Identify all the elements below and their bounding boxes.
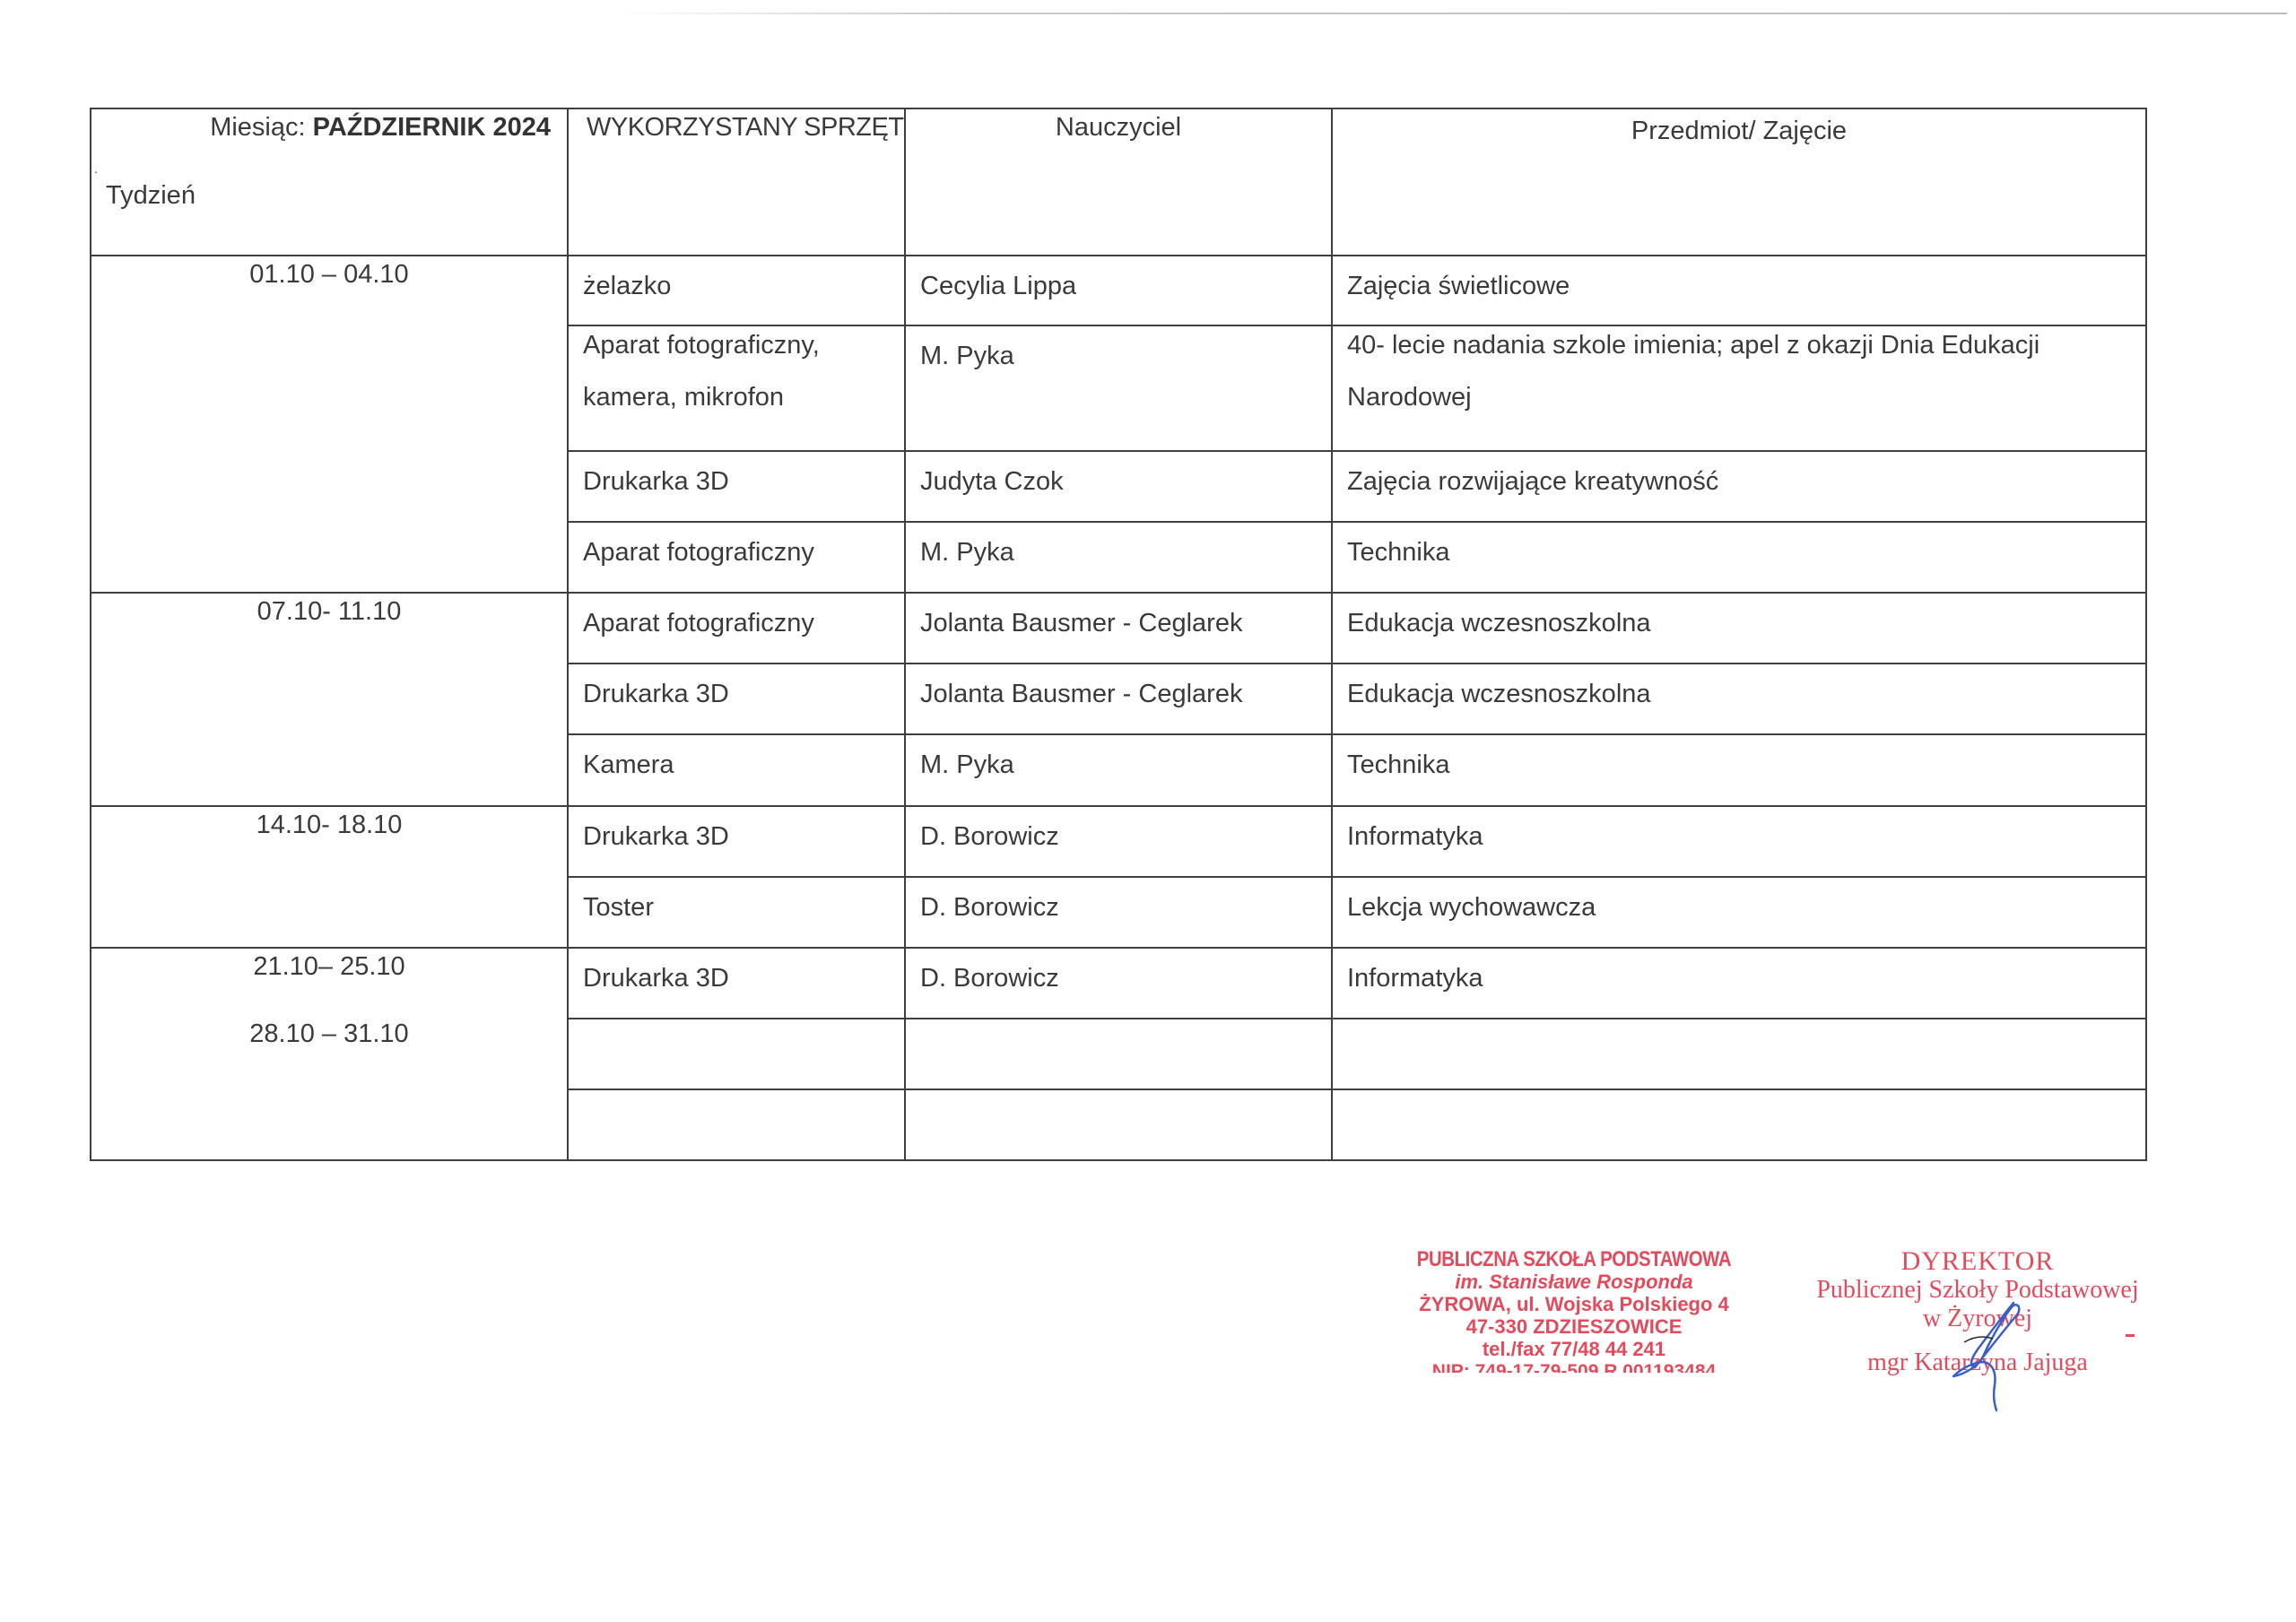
teacher-text: Judyta Czok (920, 468, 1064, 495)
teacher-text: Jolanta Bausmer - Ceglarek (920, 610, 1242, 637)
subject-text: Zajęcia świetlicowe (1347, 273, 1570, 299)
teacher-text: M. Pyka (920, 343, 1014, 369)
teacher-text: Jolanta Bausmer - Ceglarek (920, 681, 1242, 707)
teacher-text: M. Pyka (920, 751, 1014, 778)
subject-text: Technika (1347, 539, 1449, 566)
subject-text: Informatyka (1347, 965, 1483, 992)
equipment-cell: Drukarka 3D (568, 948, 905, 1019)
equipment-usage-table: Miesiąc: PAŹDZIERNIK 2024 . Tydzień WYKO… (90, 108, 2147, 1161)
table-row: 07.10- 11.10 Aparat fotograficzny Jolant… (91, 593, 2146, 664)
equipment-cell: żelazko (568, 256, 905, 325)
week-range-cell: 07.10- 11.10 (91, 593, 568, 806)
subject-column-header: Przedmiot/ Zajęcie (1332, 108, 2146, 256)
equipment-text: Drukarka 3D (583, 823, 729, 850)
equipment-text: kamera, mikrofon (583, 384, 904, 411)
equipment-cell (568, 1089, 905, 1160)
subject-text: Edukacja wczesnoszkolna (1347, 610, 1651, 637)
teacher-cell: Jolanta Bausmer - Ceglarek (905, 664, 1332, 734)
subject-text: Narodowej (1347, 384, 2145, 411)
subject-cell: Zajęcia rozwijające kreatywność (1332, 451, 2146, 522)
teacher-cell: D. Borowicz (905, 806, 1332, 877)
teacher-text: M. Pyka (920, 539, 1014, 566)
week-range-secondary: 28.10 – 31.10 (91, 1019, 567, 1049)
week-range: 21.10– 25.10 (253, 952, 404, 981)
week-range: 07.10- 11.10 (257, 597, 402, 626)
school-stamp-nip: NIP: 749-17-79-509 R.001193484 (1381, 1360, 1767, 1373)
subject-cell (1332, 1019, 2146, 1089)
teacher-cell: M. Pyka (905, 734, 1332, 806)
teacher-cell: M. Pyka (905, 325, 1332, 451)
school-stamp-patron: im. Stanisławe Rosponda (1381, 1271, 1767, 1293)
teacher-text: D. Borowicz (920, 965, 1059, 992)
school-stamp-name: PUBLICZNA SZKOŁA PODSTAWOWA (1410, 1248, 1738, 1271)
director-title: DYREKTOR (1780, 1246, 2175, 1277)
week-range-cell: 14.10- 18.10 (91, 806, 568, 948)
header-week-cell: Miesiąc: PAŹDZIERNIK 2024 . Tydzień (91, 108, 568, 256)
equipment-cell: Aparat fotograficzny (568, 593, 905, 664)
teacher-cell: Jolanta Bausmer - Ceglarek (905, 593, 1332, 664)
table-row: 01.10 – 04.10 żelazko Cecylia Lippa Zaję… (91, 256, 2146, 325)
teacher-text: Cecylia Lippa (920, 273, 1076, 299)
equipment-column-header: WYKORZYSTANY SPRZĘT (568, 108, 905, 256)
subject-cell: Informatyka (1332, 806, 2146, 877)
subject-text: Edukacja wczesnoszkolna (1347, 681, 1651, 707)
month-label: Miesiąc: (210, 113, 305, 142)
week-range: 01.10 – 04.10 (249, 260, 408, 289)
month-value: PAŹDZIERNIK 2024 (313, 113, 551, 142)
teacher-cell: D. Borowicz (905, 948, 1332, 1019)
equipment-text: Aparat fotograficzny (583, 539, 814, 566)
subject-text: 40- lecie nadania szkole imienia; apel z… (1347, 332, 2145, 359)
equipment-text: Aparat fotograficzny (583, 610, 814, 637)
equipment-text: żelazko (583, 273, 671, 299)
subject-cell: Technika (1332, 734, 2146, 806)
month-heading: Miesiąc: PAŹDZIERNIK 2024 (210, 113, 551, 143)
scan-edge-line (619, 13, 2287, 14)
school-stamp-postcode: 47-330 ZDZIESZOWICE (1381, 1315, 1767, 1338)
equipment-cell: Drukarka 3D (568, 806, 905, 877)
subject-cell (1332, 1089, 2146, 1160)
teacher-text: D. Borowicz (920, 823, 1059, 850)
subject-text: Technika (1347, 751, 1449, 778)
equipment-text: Aparat fotograficzny, (583, 332, 904, 359)
table-row: 14.10- 18.10 Drukarka 3D D. Borowicz Inf… (91, 806, 2146, 877)
teacher-cell (905, 1019, 1332, 1089)
school-stamp-phone: tel./fax 77/48 44 241 (1381, 1338, 1767, 1360)
subject-cell: 40- lecie nadania szkole imienia; apel z… (1332, 325, 2146, 451)
subject-cell: Informatyka (1332, 948, 2146, 1019)
equipment-cell: Drukarka 3D (568, 451, 905, 522)
school-stamp-address: ŻYROWA, ul. Wojska Polskiego 4 (1381, 1293, 1767, 1315)
teacher-cell: M. Pyka (905, 522, 1332, 593)
subject-cell: Lekcja wychowawcza (1332, 877, 2146, 948)
signature-icon (1928, 1296, 2054, 1412)
equipment-cell: Aparat fotograficzny (568, 522, 905, 593)
equipment-text: Toster (583, 894, 654, 921)
equipment-text: Drukarka 3D (583, 468, 729, 495)
stray-dot: . (94, 161, 98, 176)
subject-cell: Edukacja wczesnoszkolna (1332, 593, 2146, 664)
subject-text: Zajęcia rozwijające kreatywność (1347, 468, 1718, 495)
equipment-cell: Aparat fotograficzny, kamera, mikrofon (568, 325, 905, 451)
week-range-cell: 21.10– 25.10 28.10 – 31.10 (91, 948, 568, 1160)
subject-text: Lekcja wychowawcza (1347, 894, 1596, 921)
equipment-cell (568, 1019, 905, 1089)
equipment-cell: Drukarka 3D (568, 664, 905, 734)
teacher-cell: Cecylia Lippa (905, 256, 1332, 325)
table-header-row: Miesiąc: PAŹDZIERNIK 2024 . Tydzień WYKO… (91, 108, 2146, 256)
week-range: 14.10- 18.10 (257, 811, 403, 839)
subject-cell: Edukacja wczesnoszkolna (1332, 664, 2146, 734)
equipment-text: Kamera (583, 751, 674, 778)
equipment-text: Drukarka 3D (583, 681, 729, 707)
teacher-cell (905, 1089, 1332, 1160)
school-stamp: PUBLICZNA SZKOŁA PODSTAWOWA im. Stanisła… (1381, 1248, 1767, 1373)
subject-cell: Zajęcia świetlicowe (1332, 256, 2146, 325)
subject-text: Informatyka (1347, 823, 1483, 850)
equipment-text: Drukarka 3D (583, 965, 729, 992)
stamp-dash (2126, 1334, 2135, 1337)
week-column-header: Tydzień (106, 181, 196, 211)
teacher-column-header: Nauczyciel (905, 108, 1332, 256)
equipment-cell: Toster (568, 877, 905, 948)
teacher-cell: D. Borowicz (905, 877, 1332, 948)
equipment-cell: Kamera (568, 734, 905, 806)
week-range-cell: 01.10 – 04.10 (91, 256, 568, 593)
subject-cell: Technika (1332, 522, 2146, 593)
table-row: 21.10– 25.10 28.10 – 31.10 Drukarka 3D D… (91, 948, 2146, 1019)
teacher-cell: Judyta Czok (905, 451, 1332, 522)
teacher-text: D. Borowicz (920, 894, 1059, 921)
